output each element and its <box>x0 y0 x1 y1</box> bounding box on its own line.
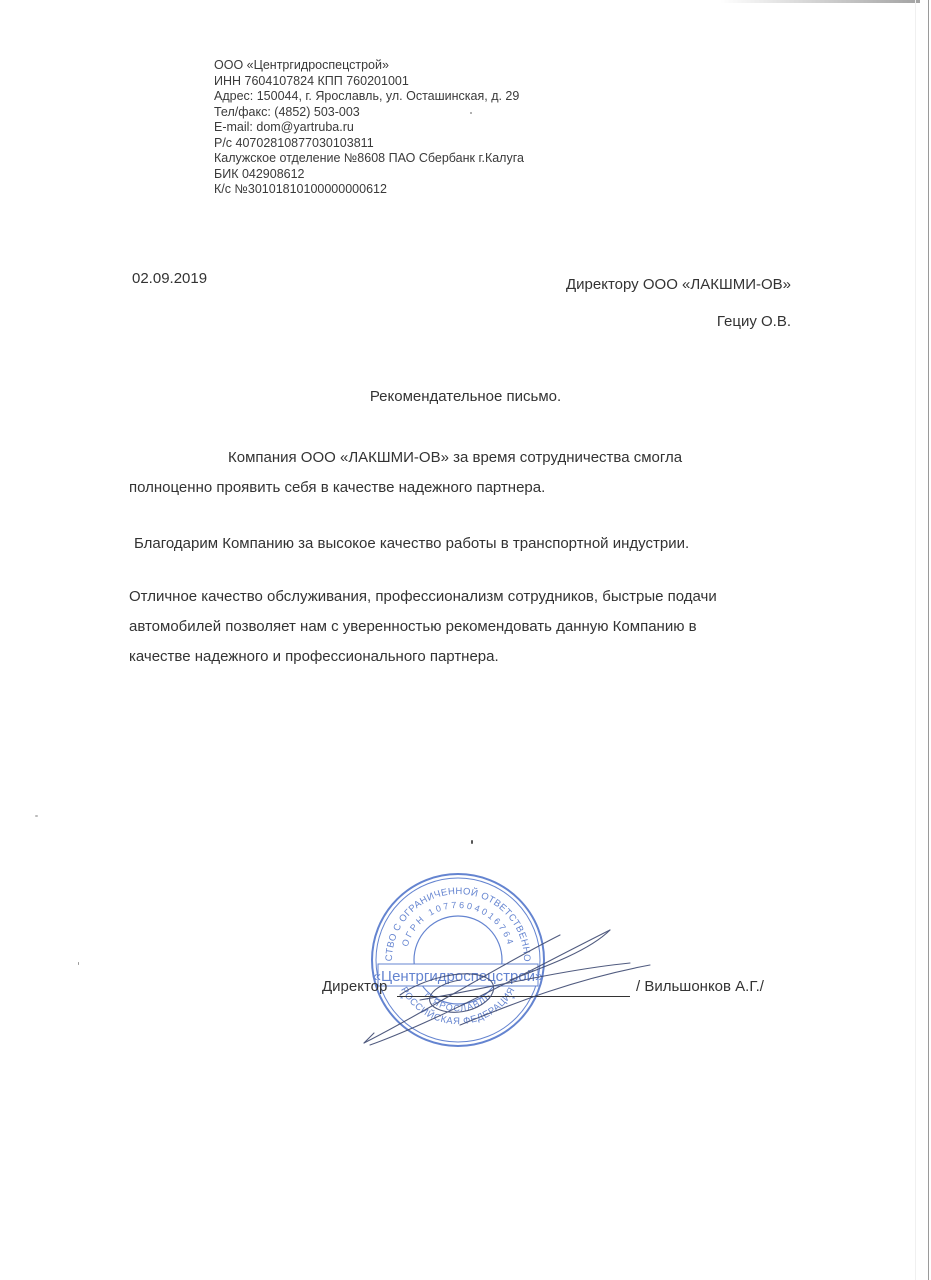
sender-account: Р/с 40702810877030103811 <box>214 136 524 152</box>
paragraph-line: качестве надежного и профессионального п… <box>129 642 789 672</box>
paragraph-line: полноценно проявить себя в качестве наде… <box>129 473 789 503</box>
scan-edge <box>928 0 929 1280</box>
scan-speck <box>471 840 473 844</box>
sender-inn-kpp: ИНН 7604107824 КПП 760201001 <box>214 74 524 90</box>
paragraph-line: автомобилей позволяет нам с уверенностью… <box>129 612 789 642</box>
sender-company-name: ООО «Центргидроспецстрой» <box>214 58 524 74</box>
scan-shadow <box>720 0 920 3</box>
letter-page: ООО «Центргидроспецстрой» ИНН 7604107824… <box>0 0 931 1280</box>
scan-edge <box>915 0 916 1280</box>
sender-bank: Калужское отделение №8608 ПАО Сбербанк г… <box>214 151 524 167</box>
scan-speck <box>35 815 38 817</box>
sender-phone: Тел/факс: (4852) 503-003 <box>214 105 524 121</box>
paragraph-1: Компания ООО «ЛАКШМИ-ОВ» за время сотруд… <box>129 443 789 503</box>
sender-requisites: ООО «Центргидроспецстрой» ИНН 7604107824… <box>214 58 524 198</box>
sender-email: E-mail: dom@yartruba.ru <box>214 120 524 136</box>
addressee-position: Директору ООО «ЛАКШМИ-ОВ» <box>566 276 791 293</box>
paragraph-line: Благодарим Компанию за высокое качество … <box>134 529 794 559</box>
sender-bik: БИК 042908612 <box>214 167 524 183</box>
addressee-name: Гециу О.В. <box>566 313 791 330</box>
paragraph-line: Отличное качество обслуживания, професси… <box>129 582 789 612</box>
sender-corr-account: К/с №30101810100000000612 <box>214 182 524 198</box>
handwritten-signature-icon <box>360 925 680 1050</box>
letter-title: Рекомендательное письмо. <box>0 388 931 405</box>
addressee: Директору ООО «ЛАКШМИ-ОВ» Гециу О.В. <box>566 276 791 330</box>
paragraph-line: Компания ООО «ЛАКШМИ-ОВ» за время сотруд… <box>129 443 789 473</box>
paragraph-2: Благодарим Компанию за высокое качество … <box>134 529 794 559</box>
letter-date: 02.09.2019 <box>132 270 207 287</box>
sender-address: Адрес: 150044, г. Ярославль, ул. Осташин… <box>214 89 524 105</box>
scan-speck <box>78 962 79 965</box>
paragraph-3: Отличное качество обслуживания, професси… <box>129 582 789 672</box>
